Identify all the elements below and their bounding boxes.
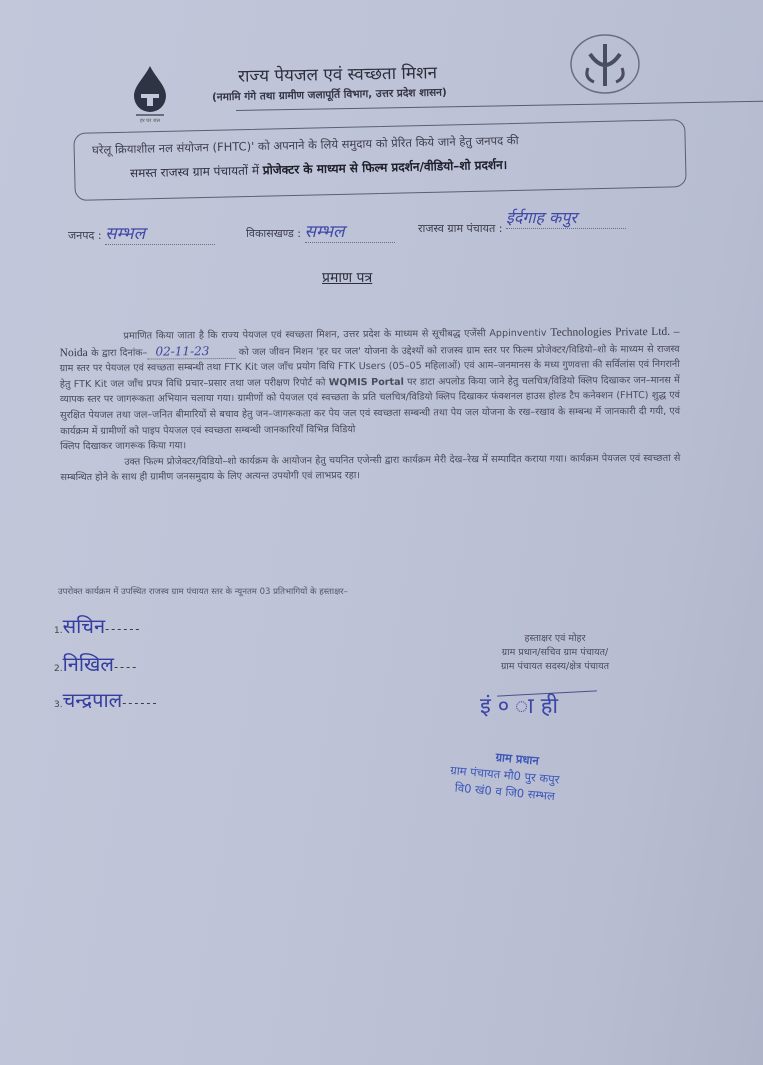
participant-signature-2: 2.निखिल---- (54, 650, 138, 677)
vikaskhand-field: विकासखण्ड : सम्भल (246, 219, 395, 243)
janpad-label: जनपद : (68, 229, 102, 242)
certificate-paragraph-2: उक्त फिल्म प्रोजेक्टर/विडियो–शो कार्यक्र… (60, 451, 680, 487)
certificate-paragraph-1: प्रमाणित किया जाता है कि राज्य पेयजल एवं… (59, 325, 680, 439)
wqmis-portal: WQMIS Portal (329, 377, 404, 389)
signatory-line-3: ग्राम पंचायत सदस्य/क्षेत्र पंचायत (440, 660, 670, 674)
janpad-value: सम्भल (105, 224, 145, 244)
signatory-line-1: हस्ताक्षर एवं मोहर (440, 632, 670, 646)
gram-panchayat-label: राजस्व ग्राम पंचायत : (418, 222, 502, 235)
gram-panchayat-value: ईर्दगाह कपुर (506, 208, 577, 227)
participants-intro: उपरोक्त कार्यक्रम में उपस्थित राजस्व ग्र… (58, 586, 388, 599)
header-title: राज्य पेयजल एवं स्वच्छता मिशन (238, 60, 437, 86)
janpad-field: जनपद : सम्भल (68, 221, 215, 245)
document-page: हर घर जल राज्य पेयजल एवं स्वच्छता मिशन (… (0, 0, 763, 1065)
signatory-line-2: ग्राम प्रधान/सचिव ग्राम पंचायत/ (440, 646, 670, 660)
certificate-title: प्रमाण पत्र (322, 268, 372, 287)
banner-line-2-prefix: समस्त राजस्व ग्राम पंचायतों में (130, 163, 263, 180)
certificate-body: प्रमाणित किया जाता है कि राज्य पेयजल एवं… (59, 325, 680, 486)
jal-jeevan-logo-icon: हर घर जल (128, 64, 172, 120)
participant-signature-1: 1.सचिन------ (54, 612, 141, 639)
vikaskhand-value: सम्भल (305, 222, 345, 242)
participant-signature-3: 3.चन्द्रपाल------ (54, 686, 159, 713)
vikaskhand-label: विकासखण्ड : (246, 227, 301, 240)
gram-panchayat-field: राजस्व ग्राम पंचायत : ईर्दगाह कपुर (418, 206, 626, 229)
official-stamp: ग्राम प्रधान ग्राम पंचायत मौ0 पुर कपुर व… (448, 745, 612, 810)
program-date: 02-11-23 (147, 344, 235, 360)
signatory-block: हस्ताक्षर एवं मोहर ग्राम प्रधान/सचिव ग्र… (440, 632, 670, 674)
up-government-emblem-icon (566, 32, 644, 96)
pradhan-signature: इं ० ा ही (480, 690, 600, 720)
header-subtitle: (नमामि गंगे तथा ग्रामीण जलापूर्ति विभाग,… (212, 86, 447, 105)
